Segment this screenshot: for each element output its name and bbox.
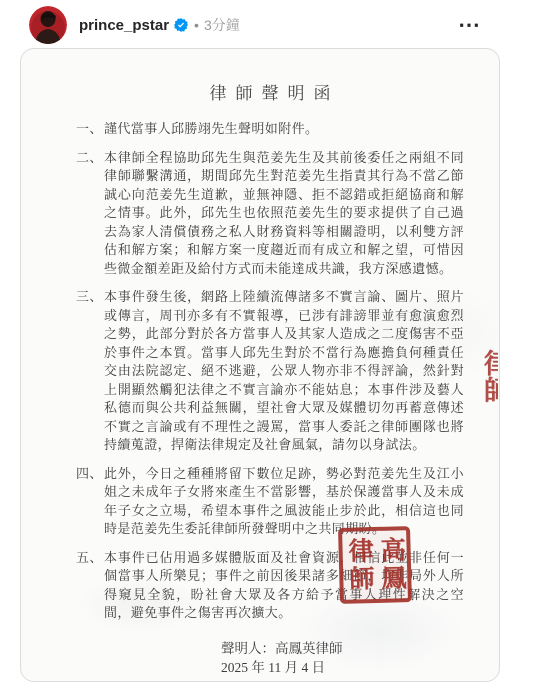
declarant-line: 聲明人：高鳳英律師	[221, 639, 464, 658]
post-header: prince_pstar • 3分鐘 ⋯	[0, 0, 538, 48]
post-header-text: prince_pstar • 3分鐘	[79, 15, 456, 35]
statement-paragraph: 二、 本律師全程協助邱先生與范姜先生及其前後委任之兩組不同律師聯繫溝通，期間邱先…	[76, 149, 464, 279]
edge-seal-text: 律師	[481, 349, 498, 403]
paragraph-number: 二、	[76, 149, 104, 279]
paragraph-number: 四、	[76, 465, 104, 539]
statement-image[interactable]: 律師聲明函 一、 謹代當事人邱勝翊先生聲明如附件。 二、 本律師全程協助邱先生與…	[20, 48, 500, 682]
post-timestamp: 3分鐘	[204, 15, 240, 35]
paragraph-text: 此外，今日之種種將留下數位足跡，勢必對范姜先生及江小姐之未成年子女將來產生不當影…	[104, 465, 464, 539]
more-options-button[interactable]: ⋯	[456, 16, 483, 34]
paragraph-number: 一、	[76, 120, 104, 139]
username[interactable]: prince_pstar	[79, 17, 169, 34]
paragraph-text: 謹代當事人邱勝翊先生聲明如附件。	[104, 120, 464, 139]
document-title: 律師聲明函	[76, 79, 464, 104]
statement-paragraph: 一、 謹代當事人邱勝翊先生聲明如附件。	[76, 120, 464, 139]
signature-block: 聲明人：高鳳英律師 2025 年 11 月 4 日	[221, 639, 464, 677]
paragraph-number: 五、	[76, 549, 104, 623]
avatar-image	[29, 6, 67, 44]
header-separator: •	[194, 17, 199, 33]
seal-column-right: 高鳳	[378, 536, 404, 593]
lawyer-seal: 高鳳 律師	[338, 526, 412, 604]
paragraph-number: 三、	[76, 288, 104, 455]
verified-badge-icon	[174, 18, 188, 32]
paragraph-text: 本律師全程協助邱先生與范姜先生及其前後委任之兩組不同律師聯繫溝通，期間邱先生對范…	[104, 149, 464, 279]
date-line: 2025 年 11 月 4 日	[221, 658, 464, 677]
paragraph-text: 本事件發生後，網路上陸續流傳諸多不實言論、圖片、照片或傳言，周刊亦多有不實報導，…	[104, 288, 464, 455]
seal-column-left: 律師	[346, 537, 372, 594]
edge-seal: 律師	[472, 349, 498, 413]
avatar[interactable]	[29, 6, 67, 44]
statement-paragraph: 三、 本事件發生後，網路上陸續流傳諸多不實言論、圖片、照片或傳言，周刊亦多有不實…	[76, 288, 464, 455]
